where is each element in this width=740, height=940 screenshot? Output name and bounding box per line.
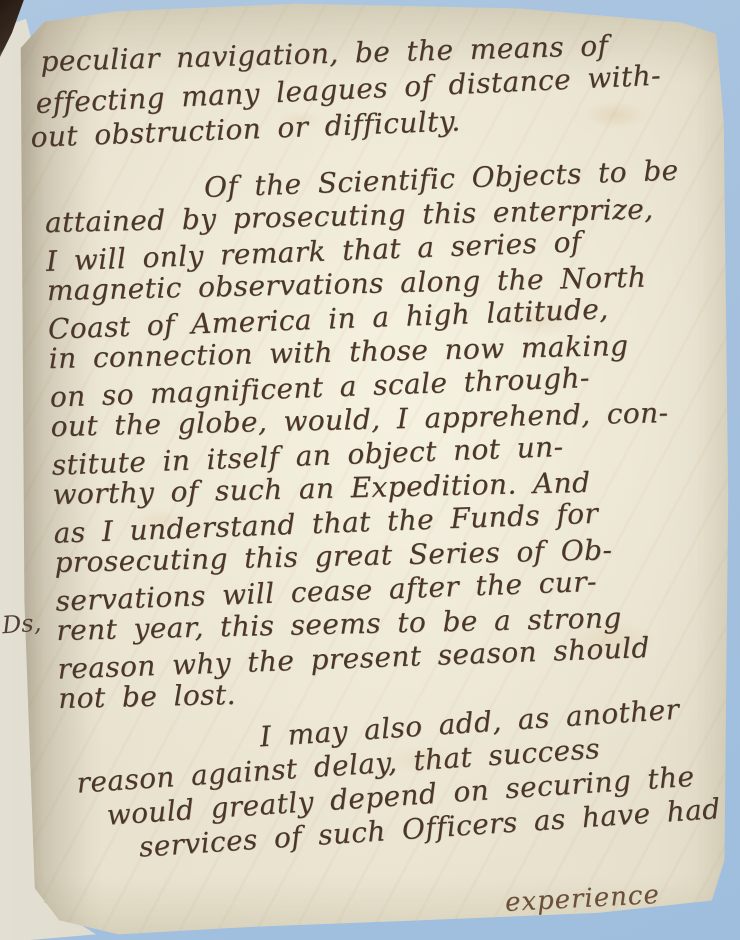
- paragraph-2: Of the Scientific Objects to be attained…: [44, 155, 727, 717]
- handwritten-text: peculiar navigation, be the means of eff…: [40, 25, 731, 869]
- scanned-book-page: Ds, peculiar navigation, be the means of…: [0, 0, 740, 940]
- gutter-text-fragment: Ds,: [1, 609, 42, 640]
- paragraph-1: peculiar navigation, be the means of eff…: [40, 25, 711, 152]
- paragraph-3: I may also add, as another reason agains…: [59, 689, 735, 869]
